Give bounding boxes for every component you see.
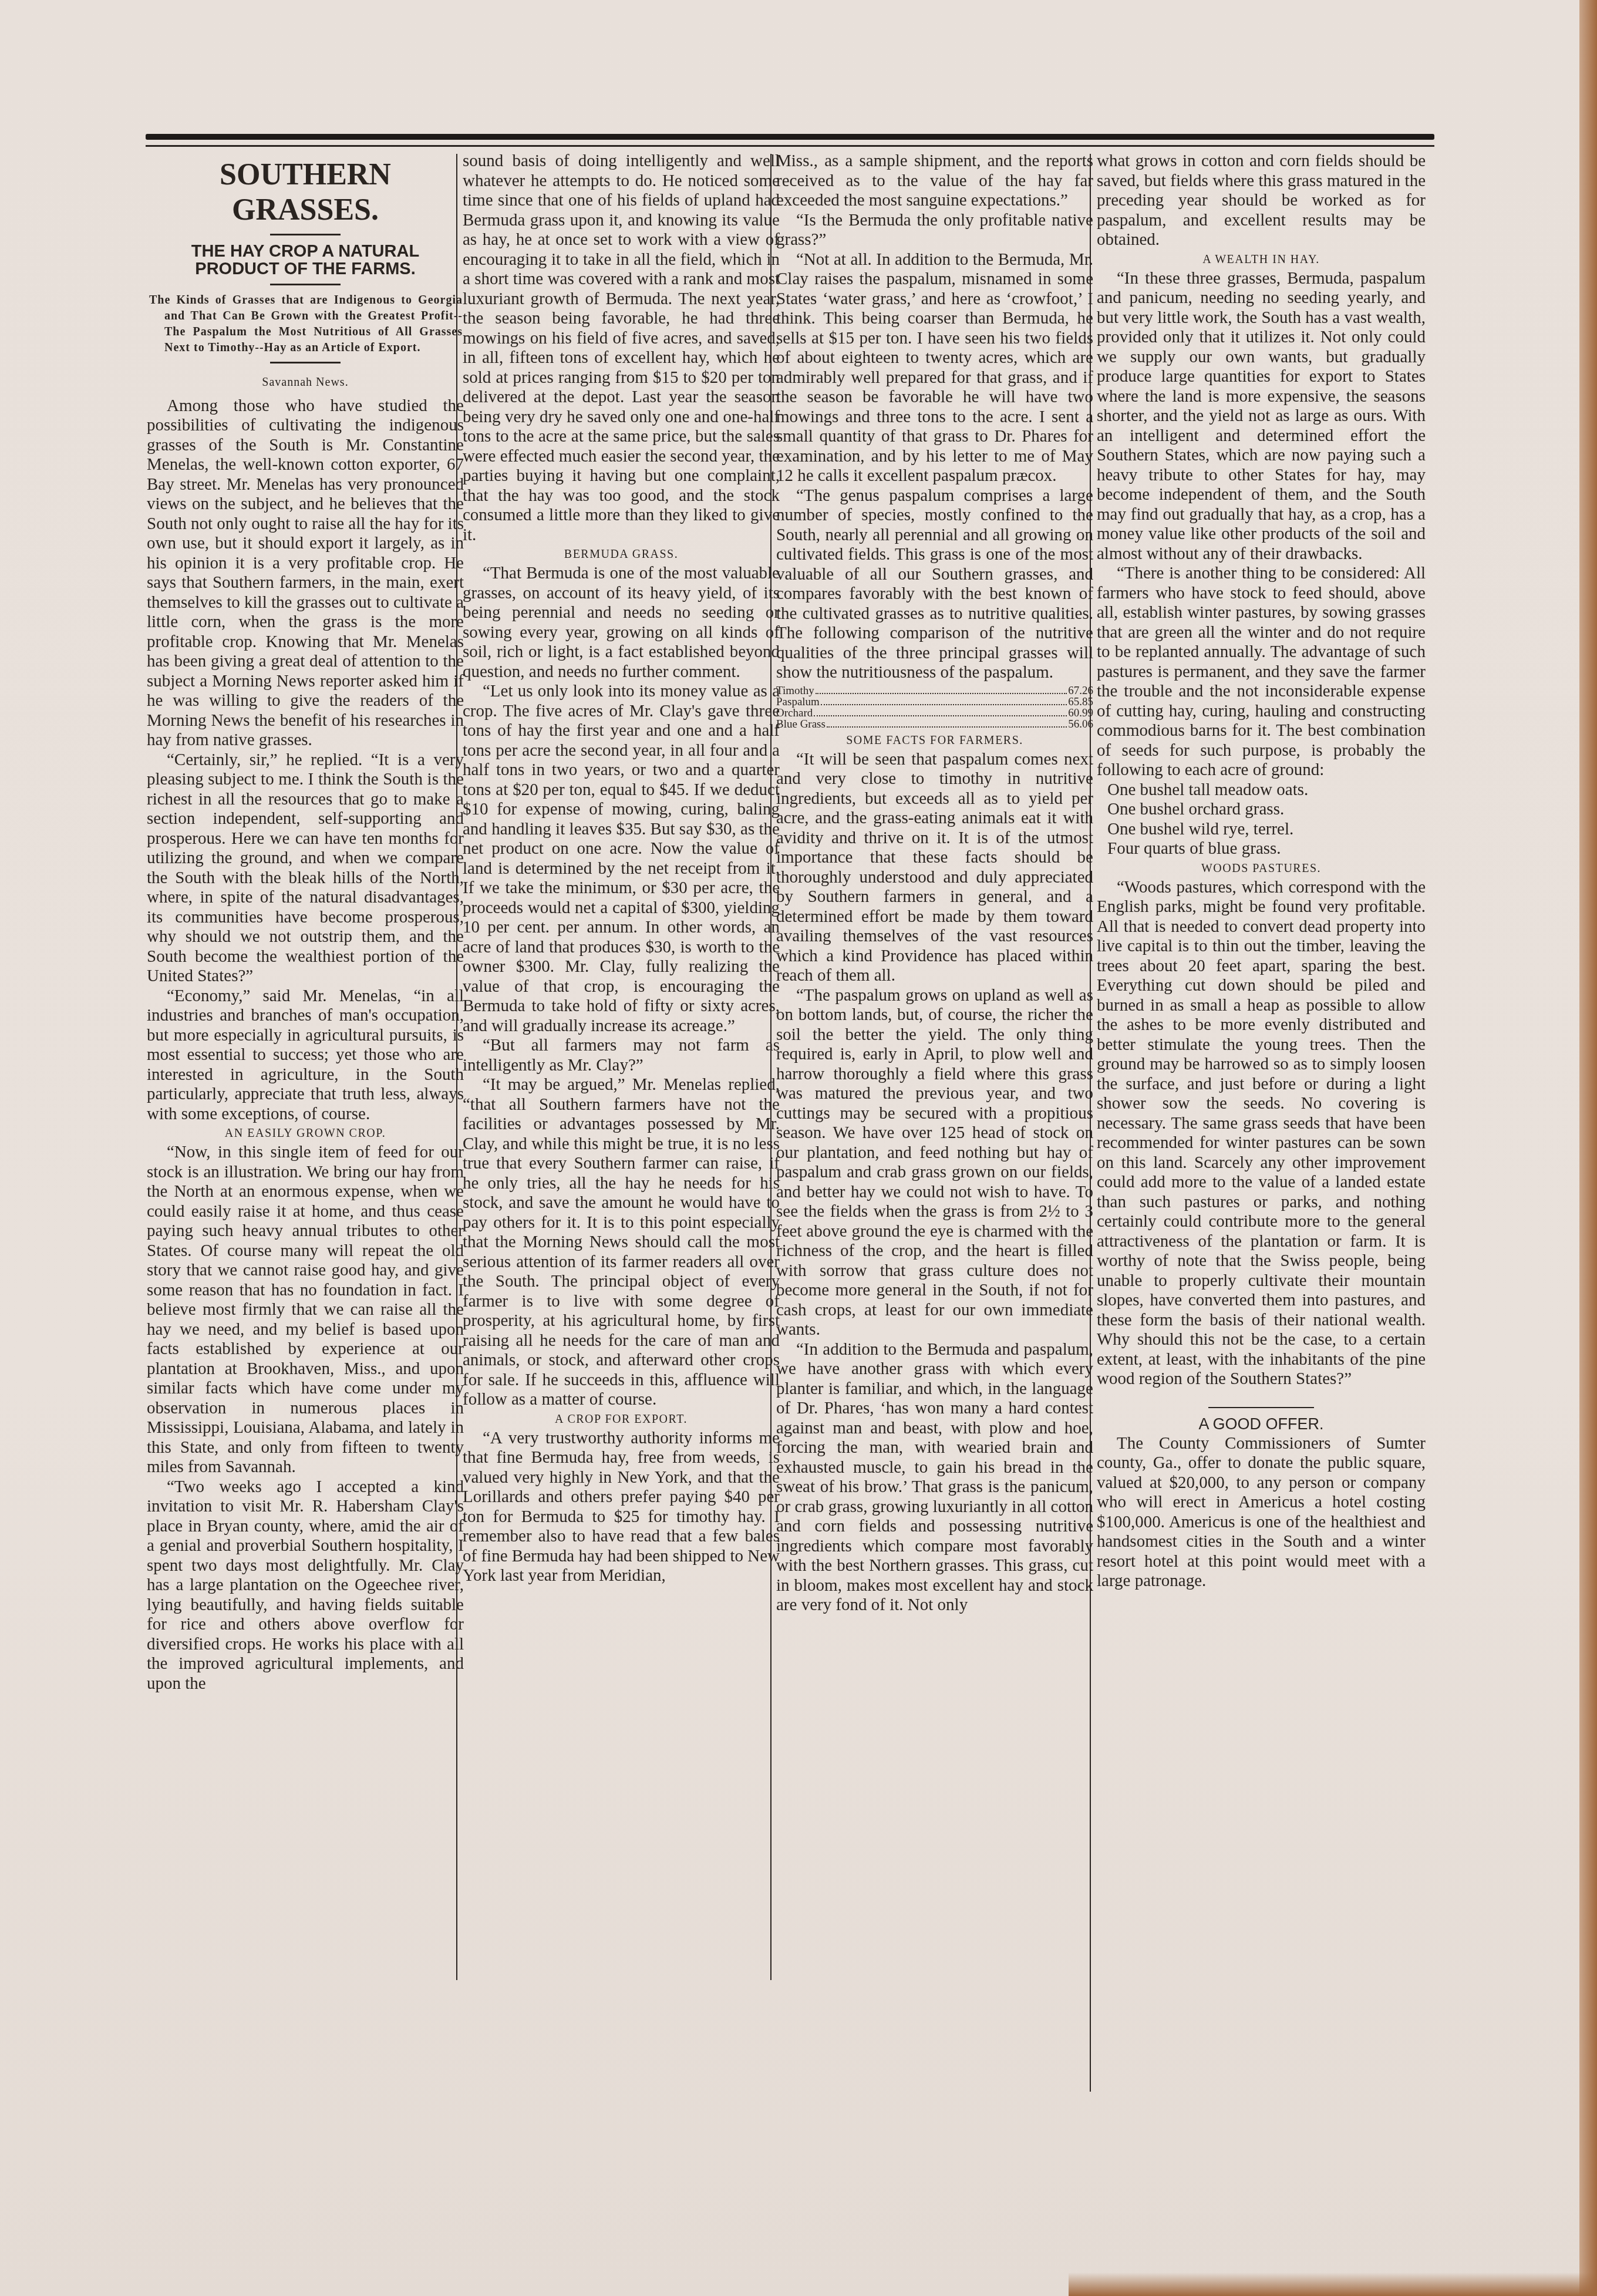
grass-name: Blue Grass [776, 719, 826, 730]
paragraph: “Not at all. In addition to the Bermuda,… [776, 250, 1093, 486]
column-4: what grows in cotton and corn fields sho… [1097, 152, 1426, 1591]
list-item: One bushel tall meadow oats. [1097, 780, 1426, 800]
paragraph: “Economy,” said Mr. Menelas, “in all ind… [147, 987, 464, 1125]
separator [270, 284, 341, 285]
table-row: Blue Grass 56.06 [776, 719, 1093, 730]
table-row: Timothy 67.26 [776, 685, 1093, 696]
paragraph: sound basis of doing intelligently and w… [463, 152, 780, 545]
separator [1208, 1407, 1314, 1408]
nutrition-value: 67.26 [1068, 685, 1093, 696]
paragraph: “That Bermuda is one of the most valuabl… [463, 564, 780, 682]
article-headline: SOUTHERN GRASSES. [147, 157, 464, 228]
paragraph: “A very trustworthy authority informs me… [463, 1429, 780, 1586]
top-rule-thin [146, 145, 1434, 147]
section-subhead: WOODS PASTURES. [1097, 859, 1426, 878]
separator [270, 234, 341, 235]
nutrition-value: 65.85 [1068, 696, 1093, 708]
list-item: One bushel wild rye, terrel. [1097, 820, 1426, 840]
section-subhead: A CROP FOR EXPORT. [463, 1410, 780, 1429]
paragraph: “In these three grasses, Bermuda, paspal… [1097, 269, 1426, 564]
article-deck: The Kinds of Grasses that are Indigenous… [149, 292, 463, 356]
article-subheadline: THE HAY CROP A NATURAL PRODUCT OF THE FA… [150, 243, 460, 278]
paragraph: “Let us only look into its money value a… [463, 682, 780, 1036]
paragraph: Among those who have studied the possibi… [147, 396, 464, 750]
offer-headline: A GOOD OFFER. [1097, 1414, 1426, 1434]
table-row: Orchard 60.99 [776, 708, 1093, 719]
paragraph: “Is the Bermuda the only profitable nati… [776, 211, 1093, 250]
paragraph: “There is another thing to be considered… [1097, 564, 1426, 780]
grass-name: Orchard [776, 708, 813, 719]
paragraph: “It may be argued,” Mr. Menelas replied,… [463, 1075, 780, 1410]
column-2: sound basis of doing intelligently and w… [463, 152, 780, 1586]
section-subhead: A WEALTH IN HAY. [1097, 250, 1426, 269]
paragraph: “The paspalum grows on upland as well as… [776, 986, 1093, 1340]
list-item: Four quarts of blue grass. [1097, 839, 1426, 859]
section-subhead: AN EASILY GROWN CROP. [147, 1124, 464, 1143]
nutrition-table: Timothy 67.26 Paspalum 65.85 Orchard 60.… [776, 685, 1093, 730]
paragraph: “In addition to the Bermuda and paspalum… [776, 1340, 1093, 1615]
column-3: Miss., as a sample shipment, and the rep… [776, 152, 1093, 1615]
article-source: Savannah News. [147, 373, 464, 393]
paragraph: “But all farmers may not farm as intelli… [463, 1036, 780, 1075]
leader-dots [816, 693, 1067, 694]
paragraph: “Now, in this single item of feed for ou… [147, 1143, 464, 1477]
leader-dots [821, 704, 1067, 705]
offer-body: The County Commissioners of Sumter count… [1097, 1434, 1426, 1591]
paragraph: “It will be seen that paspalum comes nex… [776, 750, 1093, 986]
separator [270, 362, 341, 363]
nutrition-value: 56.06 [1068, 719, 1093, 730]
grass-name: Timothy [776, 685, 814, 696]
seed-list: One bushel tall meadow oats. One bushel … [1097, 780, 1426, 859]
nutrition-value: 60.99 [1068, 708, 1093, 719]
table-row: Paspalum 65.85 [776, 696, 1093, 708]
grass-name: Paspalum [776, 696, 820, 708]
section-subhead: BERMUDA GRASS. [463, 545, 780, 564]
paragraph: “Certainly, sir,” he replied. “It is a v… [147, 750, 464, 987]
section-subhead: SOME FACTS FOR FARMERS. [776, 731, 1093, 750]
paragraph: what grows in cotton and corn fields sho… [1097, 152, 1426, 250]
top-rule-thick [146, 134, 1434, 140]
leader-dots [814, 715, 1067, 716]
page-edge-bottom [1069, 2273, 1597, 2296]
paragraph: “The genus paspalum comprises a large nu… [776, 486, 1093, 683]
column-1: SOUTHERN GRASSES. THE HAY CROP A NATURAL… [147, 152, 464, 1694]
paragraph: Miss., as a sample shipment, and the rep… [776, 152, 1093, 211]
page-edge [1579, 0, 1597, 2296]
leader-dots [827, 726, 1067, 728]
paragraph: “Woods pastures, which correspond with t… [1097, 878, 1426, 1389]
list-item: One bushel orchard grass. [1097, 800, 1426, 820]
paragraph: “Two weeks ago I accepted a kind invitat… [147, 1477, 464, 1694]
